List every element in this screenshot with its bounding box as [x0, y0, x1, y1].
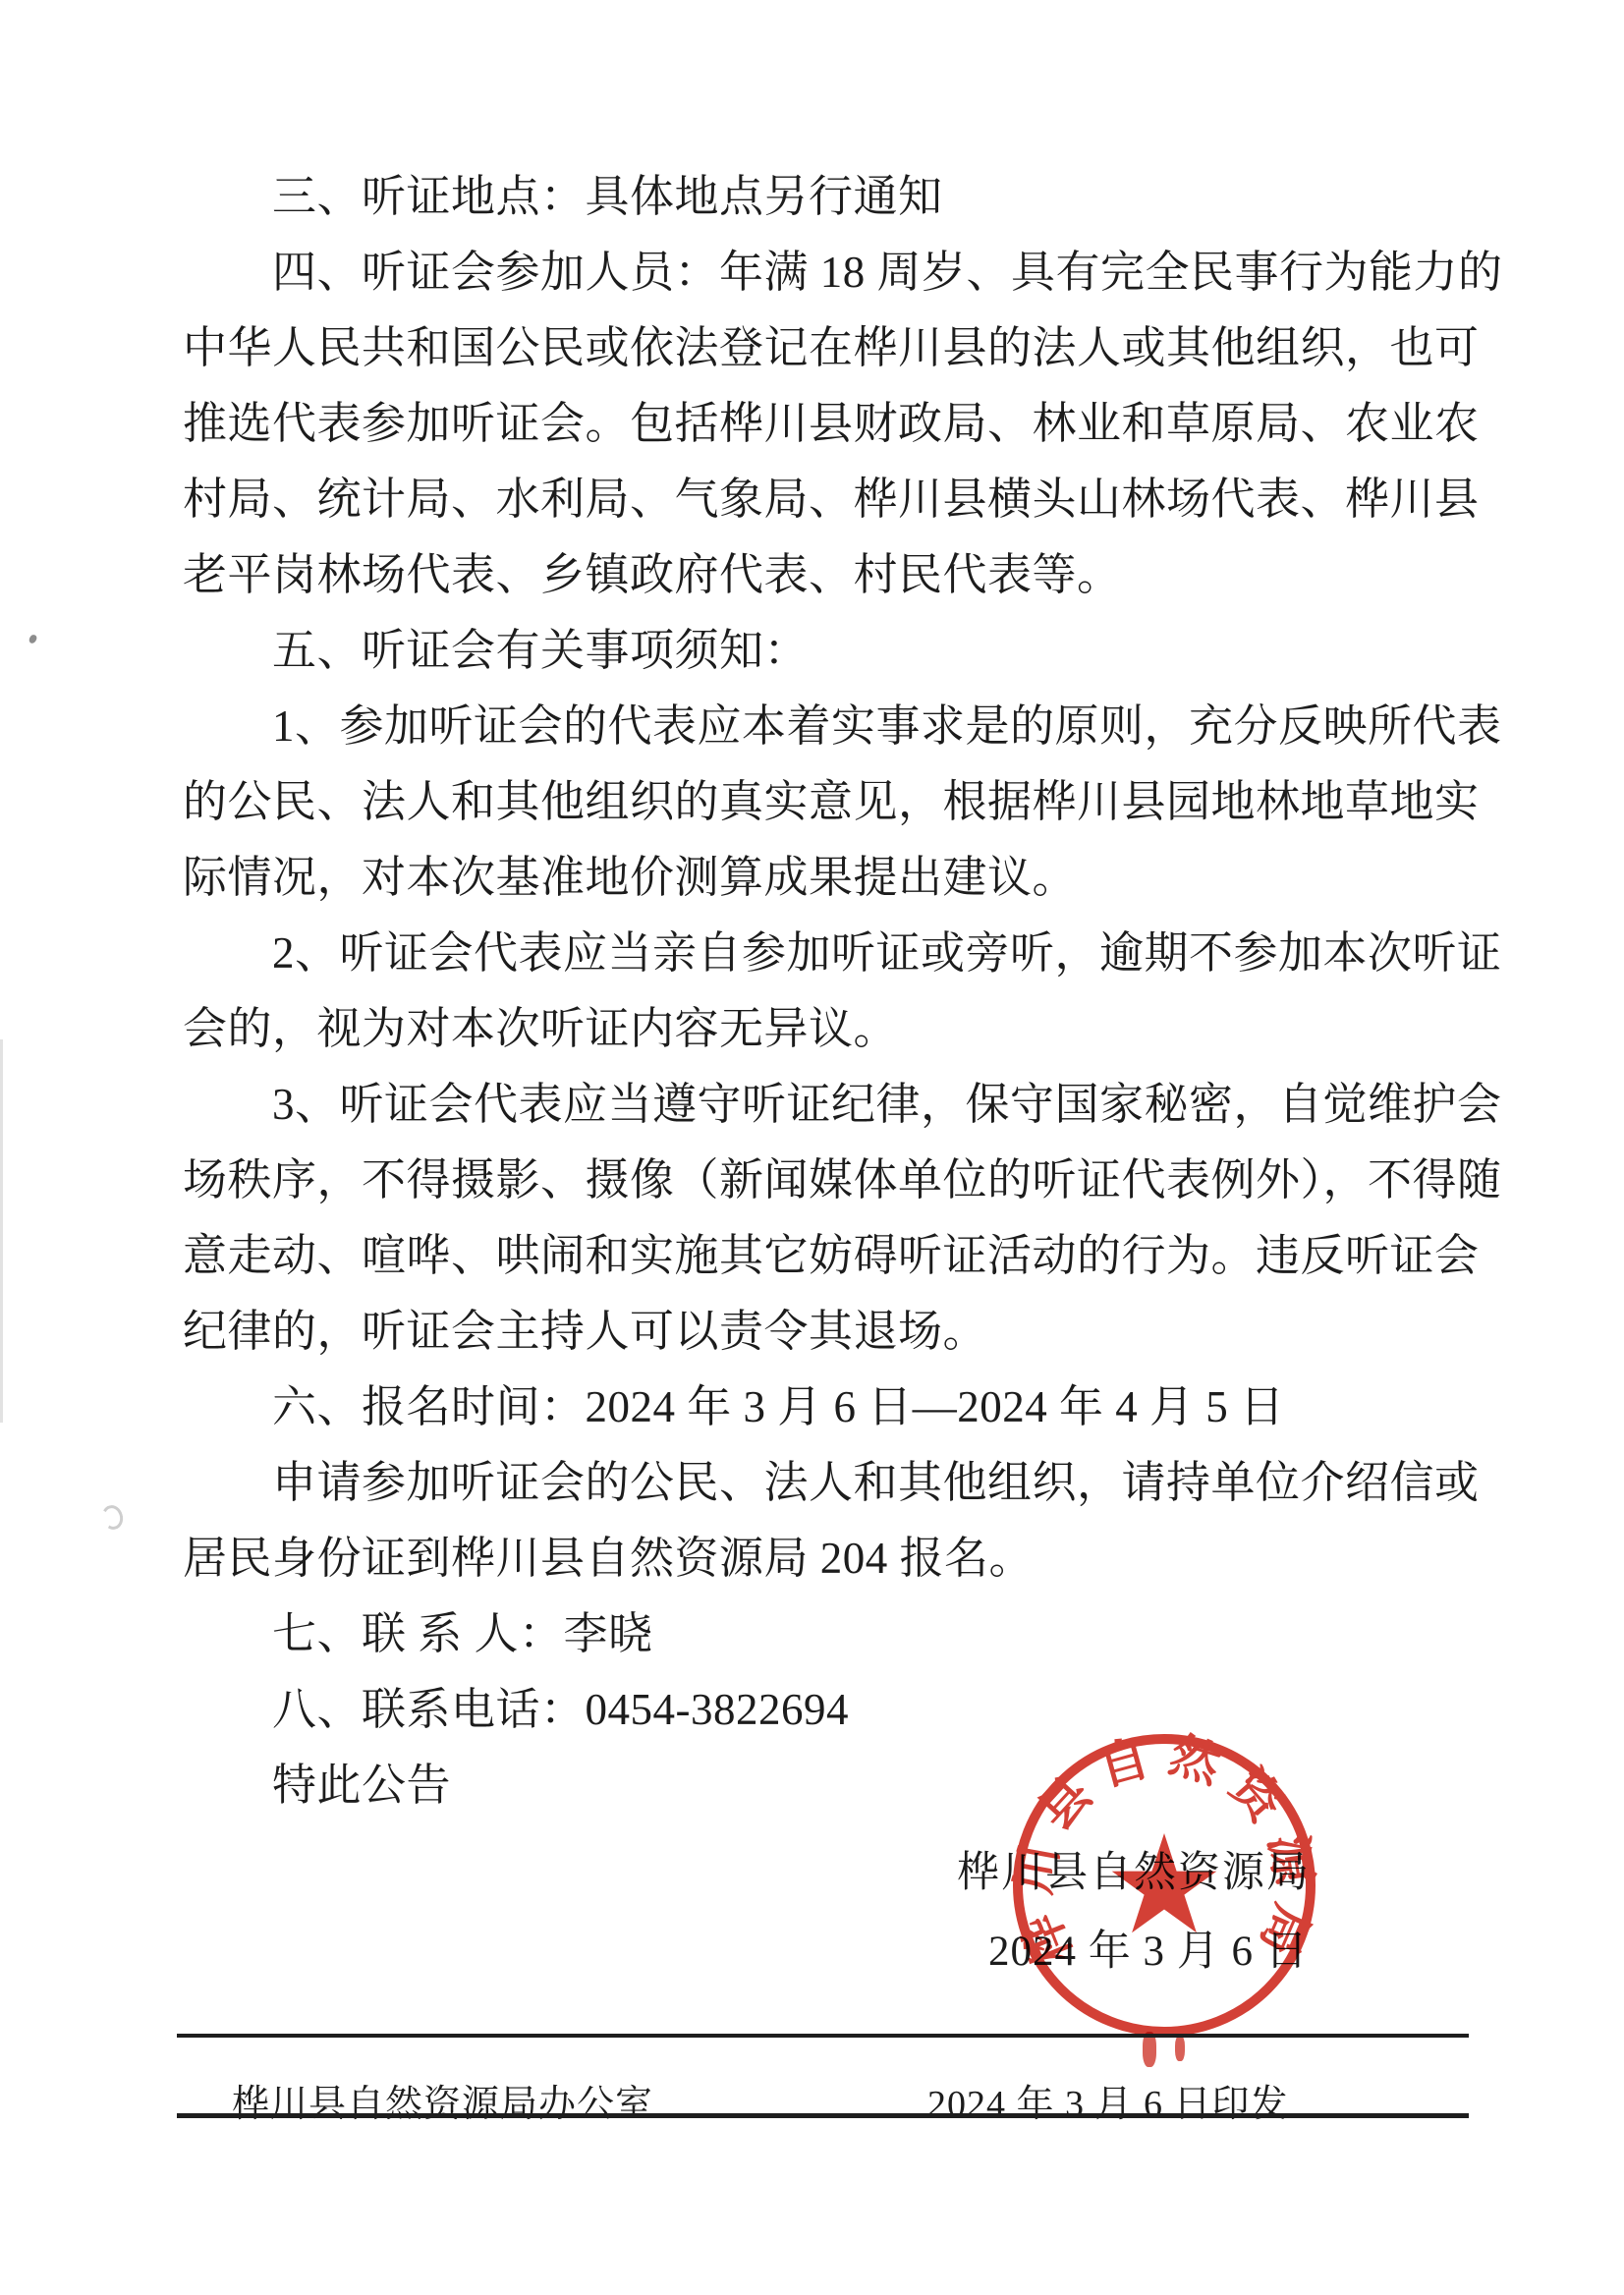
body-line: 场秩序，不得摄影、摄像（新闻媒体单位的听证代表例外），不得随: [183, 1143, 1499, 1218]
star-icon: [1112, 1833, 1217, 1932]
footer-divider-top: [177, 2034, 1469, 2038]
seal-ink-drip: [1175, 2036, 1185, 2061]
body-line: 申请参加听证会的公民、法人和其他组织，请持单位介绍信或: [183, 1445, 1499, 1521]
body-line: 中华人民共和国公民或依法登记在桦川县的法人或其他组织，也可: [183, 310, 1499, 386]
body-line: 3、听证会代表应当遵守听证纪律，保守国家秘密，自觉维护会: [183, 1067, 1499, 1143]
body-line: 会的，视为对本次听证内容无异议。: [183, 991, 1499, 1067]
footer-divider-bottom: [177, 2113, 1469, 2118]
body-line: 意走动、喧哗、哄闹和实施其它妨碍听证活动的行为。违反听证会: [183, 1218, 1499, 1294]
body-line: 老平岗林场代表、乡镇政府代表、村民代表等。: [183, 537, 1499, 613]
scan-artifact: [28, 634, 38, 644]
body-line: 六、报名时间：2024 年 3 月 6 日—2024 年 4 月 5 日: [183, 1370, 1499, 1445]
body-line: 七、联 系 人：李晓: [183, 1596, 1499, 1672]
notice-body: 三、听证地点：具体地点另行通知 四、听证会参加人员：年满 18 周岁、具有完全民…: [183, 159, 1499, 1823]
scan-artifact: [0, 1039, 3, 1423]
body-line: 1、参加听证会的代表应本着实事求是的原则，充分反映所代表: [183, 689, 1499, 764]
body-line: 的公民、法人和其他组织的真实意见，根据桦川县园地林地草地实: [183, 764, 1499, 840]
document-page: 三、听证地点：具体地点另行通知 四、听证会参加人员：年满 18 周岁、具有完全民…: [0, 0, 1624, 2295]
official-seal: 桦川县自然资源局: [1008, 1725, 1322, 2049]
scan-artifact: [99, 1503, 126, 1533]
body-line: 纪律的，听证会主持人可以责令其退场。: [183, 1294, 1499, 1370]
body-line: 村局、统计局、水利局、气象局、桦川县横头山林场代表、桦川县: [183, 462, 1499, 537]
body-line: 四、听证会参加人员：年满 18 周岁、具有完全民事行为能力的: [183, 235, 1499, 310]
body-line: 五、听证会有关事项须知：: [183, 613, 1499, 689]
body-line: 推选代表参加听证会。包括桦川县财政局、林业和草原局、农业农: [183, 386, 1499, 462]
footer-office-name: 桦川县自然资源局办公室: [232, 2073, 653, 2127]
body-line: 三、听证地点：具体地点另行通知: [183, 159, 1499, 235]
body-line: 居民身份证到桦川县自然资源局 204 报名。: [183, 1521, 1499, 1596]
body-line: 2、听证会代表应当亲自参加听证或旁听，逾期不参加本次听证: [183, 916, 1499, 991]
body-line: 际情况，对本次基准地价测算成果提出建议。: [183, 840, 1499, 916]
footer-print-date: 2024 年 3 月 6 日印发: [927, 2073, 1289, 2127]
